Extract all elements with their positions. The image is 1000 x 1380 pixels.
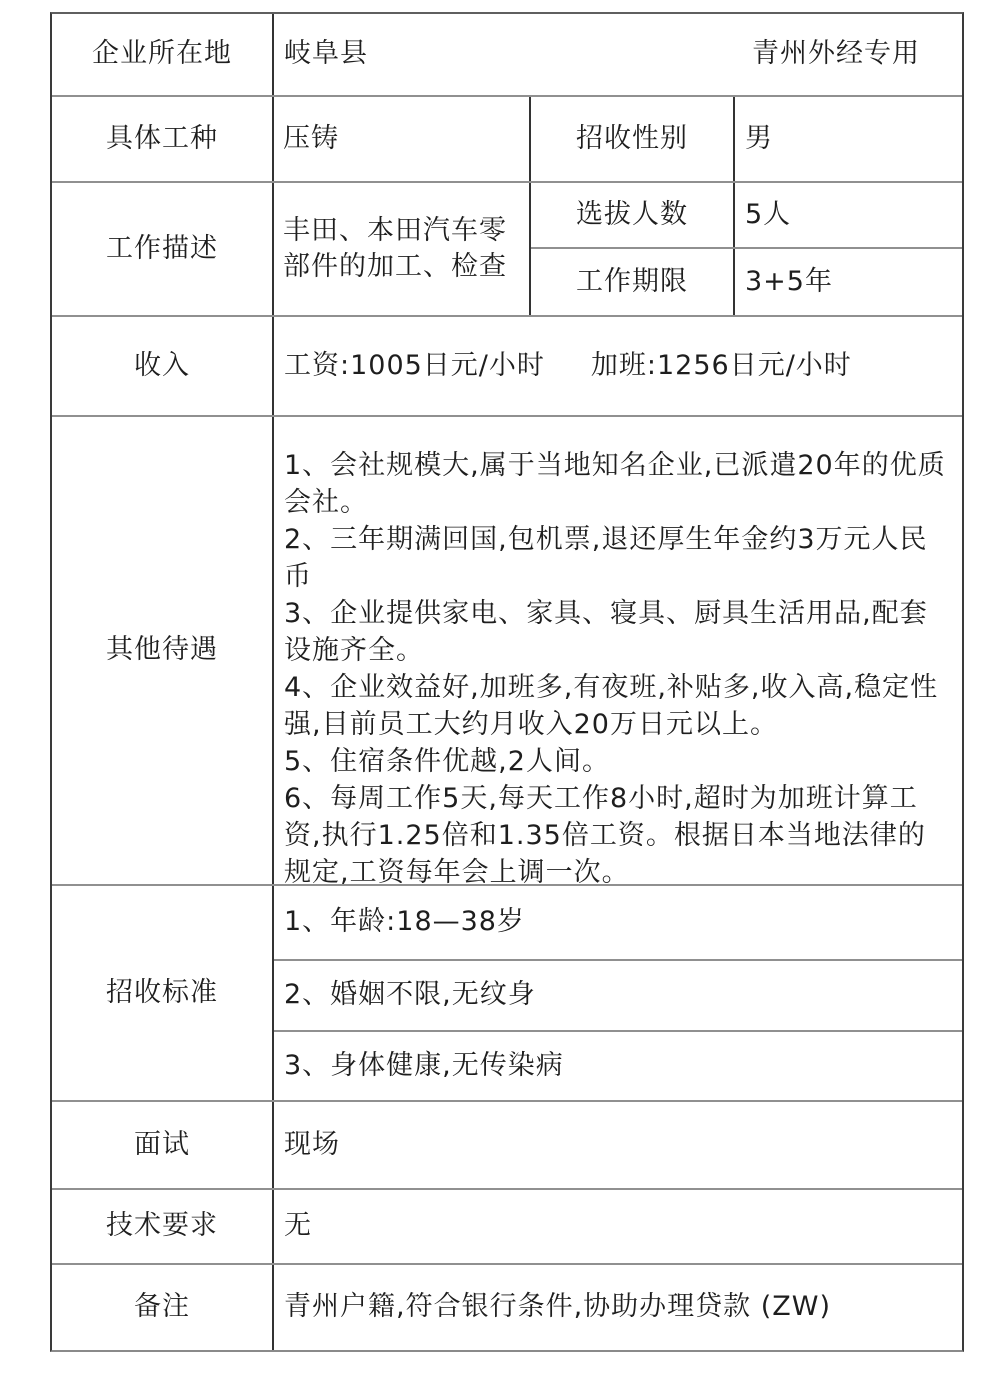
job-type-label: 具体工种 — [52, 97, 274, 181]
company-location-cell: 岐阜县 青州外经专用 — [274, 14, 962, 95]
criteria-stack: 1、年龄:18—38岁 2、婚姻不限,无纹身 3、身体健康,无传染病 — [274, 886, 962, 1100]
interview-value: 现场 — [274, 1102, 962, 1188]
row-interview: 面试 现场 — [52, 1102, 962, 1190]
document-sheet: 企业所在地 岐阜县 青州外经专用 具体工种 压铸 招收性别 男 工作描述 丰田、… — [0, 0, 1000, 1380]
benefits-label: 其他待遇 — [52, 417, 274, 884]
income-cell: 工资:1005日元/小时 加班:1256日元/小时 — [274, 317, 962, 415]
row-remarks: 备注 青州户籍,符合银行条件,协助办理贷款 (ZW) — [52, 1265, 962, 1350]
benefit-item: 6、每周工作5天,每天工作8小时,超时为加班计算工资,执行1.25倍和1.35倍… — [284, 780, 952, 891]
row-skill-requirements: 技术要求 无 — [52, 1190, 962, 1265]
job-type-value: 压铸 — [274, 97, 531, 181]
wage-value: 工资:1005日元/小时 — [284, 348, 545, 384]
company-location-value: 岐阜县 — [284, 36, 368, 72]
row-income: 收入 工资:1005日元/小时 加班:1256日元/小时 — [52, 317, 962, 417]
criteria-item: 2、婚姻不限,无纹身 — [274, 961, 962, 1032]
benefit-item: 4、企业效益好,加班多,有夜班,补贴多,收入高,稳定性强,目前员工大约月收入20… — [284, 669, 952, 743]
income-label: 收入 — [52, 317, 274, 415]
criteria-label: 招收标准 — [52, 886, 274, 1100]
term-label: 工作期限 — [531, 249, 735, 315]
row-job-type: 具体工种 压铸 招收性别 男 — [52, 97, 962, 183]
row-criteria: 招收标准 1、年龄:18—38岁 2、婚姻不限,无纹身 3、身体健康,无传染病 — [52, 886, 962, 1102]
benefit-item: 1、会社规模大,属于当地知名企业,已派遣20年的优质会社。 — [284, 447, 952, 521]
term-subrow: 工作期限 3+5年 — [531, 249, 962, 315]
job-info-table: 企业所在地 岐阜县 青州外经专用 具体工种 压铸 招收性别 男 工作描述 丰田、… — [50, 12, 964, 1352]
interview-label: 面试 — [52, 1102, 274, 1188]
row-job-description: 工作描述 丰田、本田汽车零部件的加工、检查 选拔人数 5人 工作期限 3+5年 — [52, 183, 962, 317]
headcount-label: 选拔人数 — [531, 183, 735, 247]
headcount-value: 5人 — [735, 183, 962, 247]
company-location-label: 企业所在地 — [52, 14, 274, 95]
headcount-subrow: 选拔人数 5人 — [531, 183, 962, 249]
skill-requirements-label: 技术要求 — [52, 1190, 274, 1263]
overtime-value: 加班:1256日元/小时 — [591, 348, 852, 384]
criteria-item: 1、年龄:18—38岁 — [274, 886, 962, 961]
headcount-term-stack: 选拔人数 5人 工作期限 3+5年 — [531, 183, 962, 315]
benefit-item: 3、企业提供家电、家具、寝具、厨具生活用品,配套设施齐全。 — [284, 595, 952, 669]
remarks-label: 备注 — [52, 1265, 274, 1350]
row-benefits: 其他待遇 1、会社规模大,属于当地知名企业,已派遣20年的优质会社。 2、三年期… — [52, 417, 962, 886]
agency-stamp-text: 青州外经专用 — [752, 36, 920, 72]
criteria-item: 3、身体健康,无传染病 — [274, 1032, 962, 1100]
row-company-location: 企业所在地 岐阜县 青州外经专用 — [52, 14, 962, 97]
gender-label: 招收性别 — [531, 97, 735, 181]
job-description-value: 丰田、本田汽车零部件的加工、检查 — [274, 183, 531, 315]
benefits-cell: 1、会社规模大,属于当地知名企业,已派遣20年的优质会社。 2、三年期满回国,包… — [274, 417, 962, 884]
term-value: 3+5年 — [735, 249, 962, 315]
skill-requirements-value: 无 — [274, 1190, 962, 1263]
benefit-item: 5、住宿条件优越,2人间。 — [284, 743, 952, 780]
benefit-item: 2、三年期满回国,包机票,退还厚生年金约3万元人民币 — [284, 521, 952, 595]
job-description-label: 工作描述 — [52, 183, 274, 315]
remarks-value: 青州户籍,符合银行条件,协助办理贷款 (ZW) — [274, 1265, 962, 1350]
gender-value: 男 — [735, 97, 962, 181]
